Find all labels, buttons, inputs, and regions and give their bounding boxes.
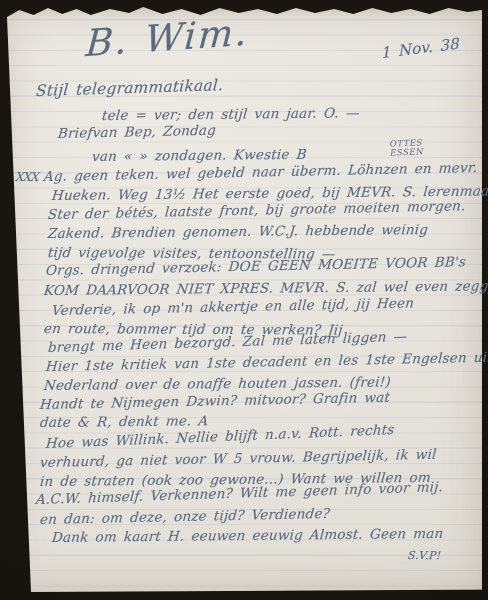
handwritten-line: verhuurd, ga niet voor W 5 vrouw. Begrij… <box>39 447 437 471</box>
handwritten-line: van « » zondagen. Kwestie B <box>91 147 307 165</box>
handwritten-line: tele = ver; den stijl van jaar. O. — <box>101 105 360 124</box>
kwestie-stack-bottom: ESSEN <box>390 148 424 158</box>
kwestie-stack: OTTES ESSEN <box>390 139 424 158</box>
margin-mark: XXX <box>15 170 39 184</box>
letter-date: 1 Nov. 38 <box>382 34 460 62</box>
handwritten-line: date & R, denkt me. A <box>39 413 209 431</box>
handwriting-layer: B. Wim. 1 Nov. 38 Stijl telegrammatikaal… <box>0 0 488 600</box>
scanned-letter-frame: B. Wim. 1 Nov. 38 Stijl telegrammatikaal… <box>0 0 488 600</box>
handwritten-line: en dan: om deze, onze tijd? Verdiende? <box>39 506 330 528</box>
handwritten-line: Verderie, ik op m'n akkertje en alle tij… <box>51 295 415 319</box>
handwritten-line: Zakend. Brendien genomen. W.C.J. hebbend… <box>47 222 429 242</box>
postscript: S.V.P! <box>407 549 442 562</box>
handwritten-line: Dank om kaart H. eeuwen eeuwig Almost. G… <box>51 526 444 546</box>
salutation: B. Wim. <box>84 10 250 65</box>
handwritten-line: Briefvan Bep, Zondag <box>57 123 216 142</box>
handwritten-line: KOM DAARVOOR NIET XPRES. MEVR. S. zal we… <box>43 278 488 299</box>
handwritten-line: Stijl telegrammatikaal. <box>35 76 224 100</box>
